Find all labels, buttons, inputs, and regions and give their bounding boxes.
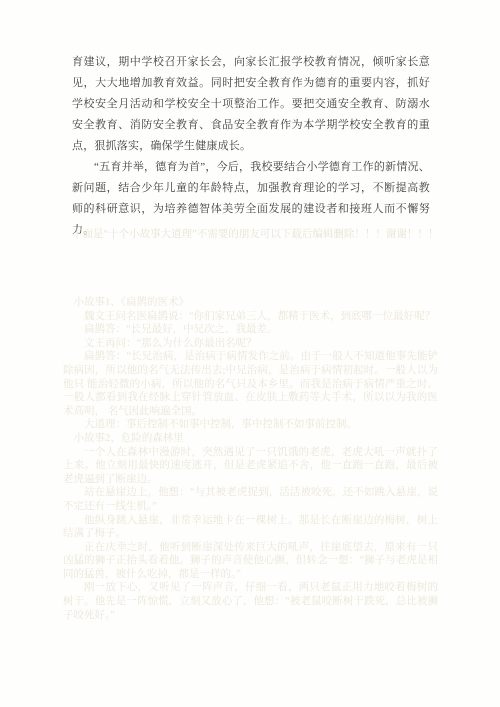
story-paragraph: 一个人在森林中漫游时，突然遇见了一只饥饿的老虎，老虎大吼一声就扑了上来。他立刻用… xyxy=(63,446,438,487)
body-text-block: 育建议，期中学校召开家长会，向家长汇报学校教育情况，倾听家长意见，大大地增加教育… xyxy=(72,52,430,241)
story-paragraph: 扁鹊答：“长兄治病，是治病于病情发作之前。由于一般人不知道他事先能铲除病因，所以… xyxy=(63,350,438,418)
story-paragraph: 他纵身跳入悬崖，非常幸运地卡在一棵树上。那是长在断崖边的梅树，树上结满了梅子。 xyxy=(63,514,438,541)
notice-text: 下面是“十个小故事大道理”不需要的朋友可以下载后编辑删除！！！谢谢！！！ xyxy=(72,227,442,242)
story-paragraph: 魏文王问名医扁鹊说：“你们家兄弟三人，都精于医术，到底哪一位最好呢？ xyxy=(63,310,438,324)
story-paragraph: 扁鹊答：“长兄最好，中兄次之，我最差。 xyxy=(63,323,438,337)
story-paragraph: 正在庆幸之时，他听到断崖深处传来巨大的吼声，往崖底望去，原来有一只凶猛的狮子正抬… xyxy=(63,541,438,582)
story-heading: 小故事2、危险的森林里 xyxy=(63,432,438,446)
story-text-block: 小故事1、《扁鹊的医术》魏文王问名医扁鹊说：“你们家兄弟三人，都精于医术，到底哪… xyxy=(63,296,438,622)
story-paragraph: 站在悬崖边上，他想：“与其被老虎捉到，活活被咬死，还不如跳入悬崖，说不定还有一线… xyxy=(63,486,438,513)
story-paragraph: 大道理：事后控制不如事中控制，事中控制不如事前控制。 xyxy=(63,418,438,432)
document-page: 育建议，期中学校召开家长会，向家长汇报学校教育情况，倾听家长意见，大大地增加教育… xyxy=(0,0,500,707)
document-canvas: 育建议，期中学校召开家长会，向家长汇报学校教育情况，倾听家长意见，大大地增加教育… xyxy=(0,0,500,707)
story-heading: 小故事1、《扁鹊的医术》 xyxy=(63,296,438,310)
story-paragraph: 文王再问：“那么为什么你最出名呢？ xyxy=(63,337,438,351)
story-paragraph: 刚一放下心，又听见了一阵声音，仔细一看，两只老鼠正用力地咬着梅树的树干。他先是一… xyxy=(63,581,438,622)
body-paragraph: 育建议，期中学校召开家长会，向家长汇报学校教育情况，倾听家长意见，大大地增加教育… xyxy=(72,52,430,157)
